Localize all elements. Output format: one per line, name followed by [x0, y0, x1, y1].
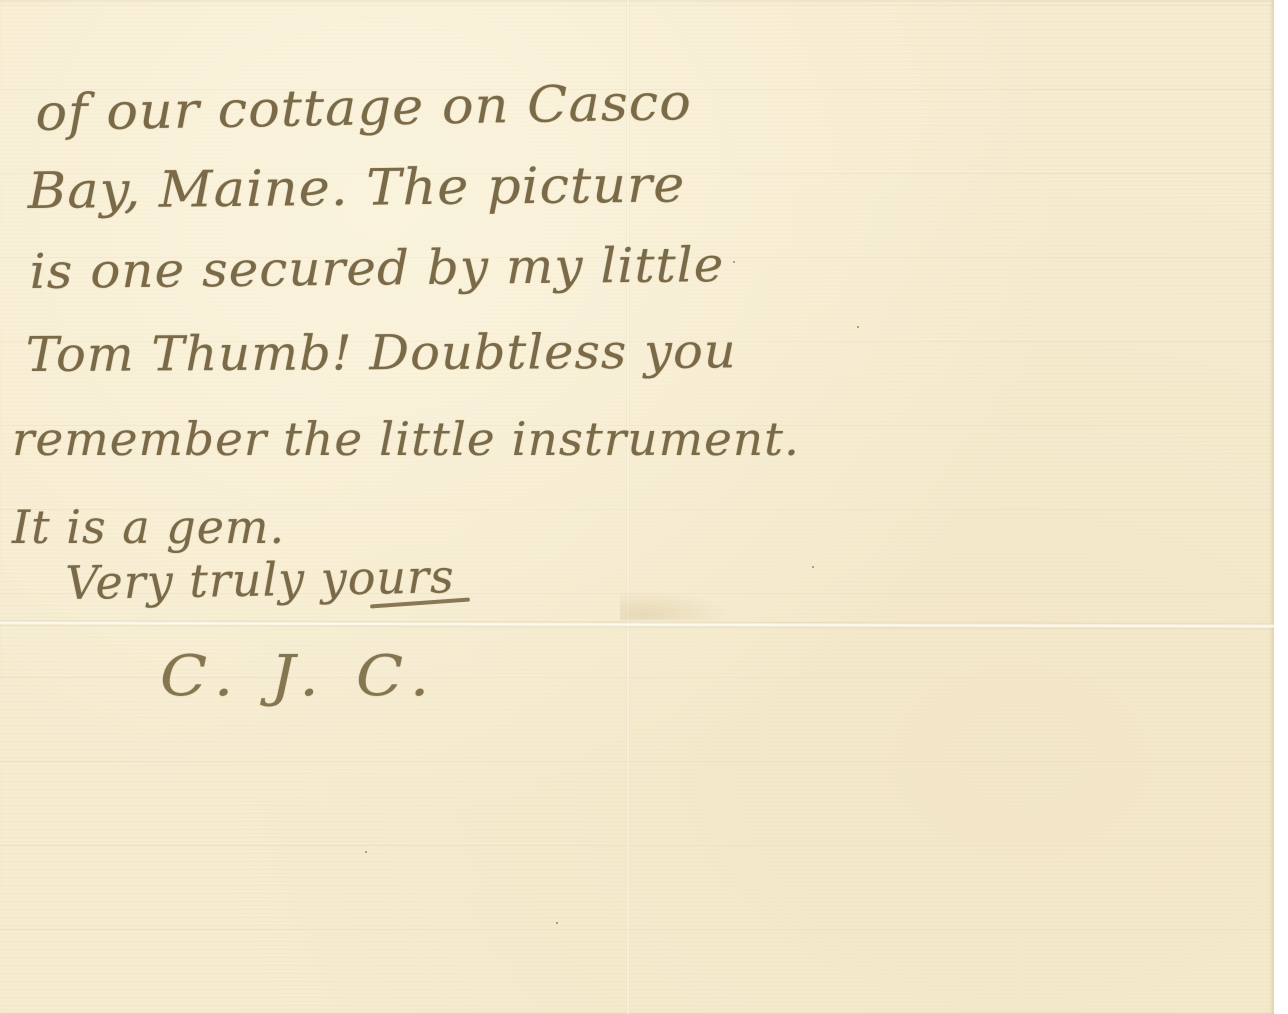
letter-line-1: of our cottage on Casco: [35, 73, 692, 142]
paper-speck: [365, 851, 367, 853]
letter-line-4: Tom Thumb! Doubtless you: [26, 323, 737, 383]
paper-speck: [857, 326, 859, 328]
letter-line-2: Bay, Maine. The picture: [27, 155, 685, 220]
letter-closing: Very truly yours: [65, 549, 455, 610]
paper-speck: [812, 566, 814, 568]
letter-paper: of our cottage on Casco Bay, Maine. The …: [0, 0, 1274, 1014]
letter-signature: C. J. C.: [160, 644, 438, 709]
paper-speck: [733, 261, 735, 263]
letter-line-3: is one secured by my little: [29, 237, 724, 300]
paper-speck: [556, 922, 558, 924]
letter-line-6: It is a gem.: [12, 500, 285, 554]
scanned-letter: of our cottage on Casco Bay, Maine. The …: [0, 0, 1288, 1014]
vertical-fold-crease: [626, 0, 630, 1014]
horizontal-fold-crease: [0, 620, 1274, 629]
letter-line-5: remember the little instrument.: [12, 412, 800, 466]
fold-shadow: [620, 590, 730, 620]
